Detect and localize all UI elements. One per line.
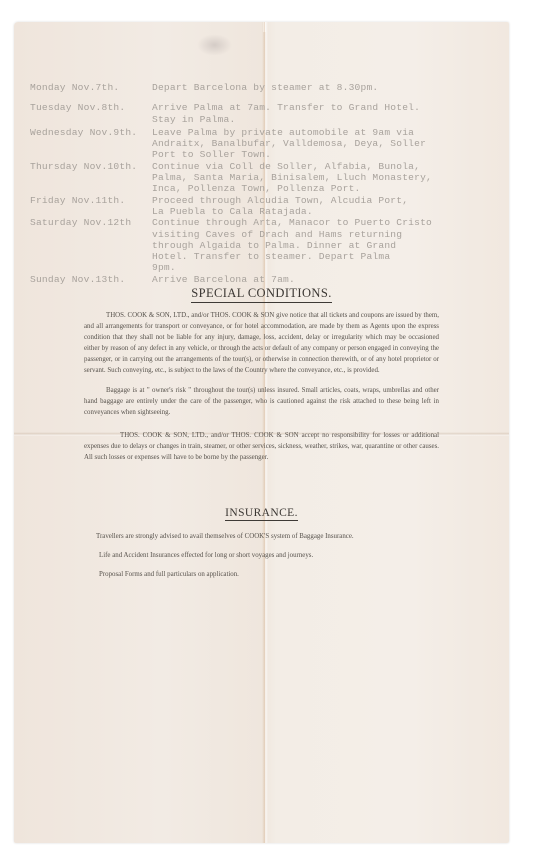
itinerary-text: Continue through Arta, Manacor to Puerto… [152, 217, 500, 273]
itinerary-text: Continue via Coll de Soller, Alfabia, Bu… [152, 161, 500, 195]
itinerary-day: Wednesday Nov.9th. [30, 127, 152, 161]
itinerary-row: Thursday Nov.10th. Continue via Coll de … [30, 161, 500, 195]
special-conditions-body: THOS. COOK & SON, LTD., and/or THOS. COO… [84, 310, 439, 463]
itinerary-row: Tuesday Nov.8th. Arrive Palma at 7am. Tr… [30, 102, 500, 125]
conditions-paragraph: THOS. COOK & SON, LTD., and/or THOS. COO… [84, 310, 439, 376]
itinerary-day: Saturday Nov.12th [30, 217, 152, 273]
itinerary-text: Leave Palma by private automobile at 9am… [152, 127, 500, 161]
document-page: Monday Nov.7th. Depart Barcelona by stea… [14, 22, 509, 843]
conditions-paragraph: THOS. COOK & SON, LTD., and/or THOS. COO… [84, 430, 439, 463]
itinerary-day: Monday Nov.7th. [30, 82, 152, 93]
itinerary-row: Saturday Nov.12th Continue through Arta,… [30, 217, 500, 273]
itinerary-day: Sunday Nov.13th. [30, 274, 152, 285]
itinerary-row: Sunday Nov.13th. Arrive Barcelona at 7am… [30, 274, 500, 285]
itinerary-day: Tuesday Nov.8th. [30, 102, 152, 125]
itinerary: Monday Nov.7th. Depart Barcelona by stea… [30, 82, 500, 285]
insurance-line: Travellers are strongly advised to avail… [96, 533, 426, 540]
itinerary-text: Proceed through Alcudia Town, Alcudia Po… [152, 195, 500, 218]
itinerary-text: Depart Barcelona by steamer at 8.30pm. [152, 82, 500, 93]
itinerary-text: Arrive Palma at 7am. Transfer to Grand H… [152, 102, 500, 125]
insurance-heading: INSURANCE. [14, 507, 509, 521]
itinerary-row: Friday Nov.11th. Proceed through Alcudia… [30, 195, 500, 218]
paper-stain [197, 34, 232, 56]
insurance-line: Life and Accident Insurances effected fo… [96, 552, 426, 559]
conditions-paragraph: Baggage is at " owner's risk " throughou… [84, 385, 439, 418]
itinerary-row: Monday Nov.7th. Depart Barcelona by stea… [30, 82, 500, 93]
itinerary-day: Friday Nov.11th. [30, 195, 152, 218]
itinerary-text: Arrive Barcelona at 7am. [152, 274, 500, 285]
special-conditions-heading: SPECIAL CONDITIONS. [14, 286, 509, 303]
insurance-line: Proposal Forms and full particulars on a… [96, 571, 426, 578]
itinerary-day: Thursday Nov.10th. [30, 161, 152, 195]
insurance-body: Travellers are strongly advised to avail… [96, 533, 426, 578]
itinerary-row: Wednesday Nov.9th. Leave Palma by privat… [30, 127, 500, 161]
